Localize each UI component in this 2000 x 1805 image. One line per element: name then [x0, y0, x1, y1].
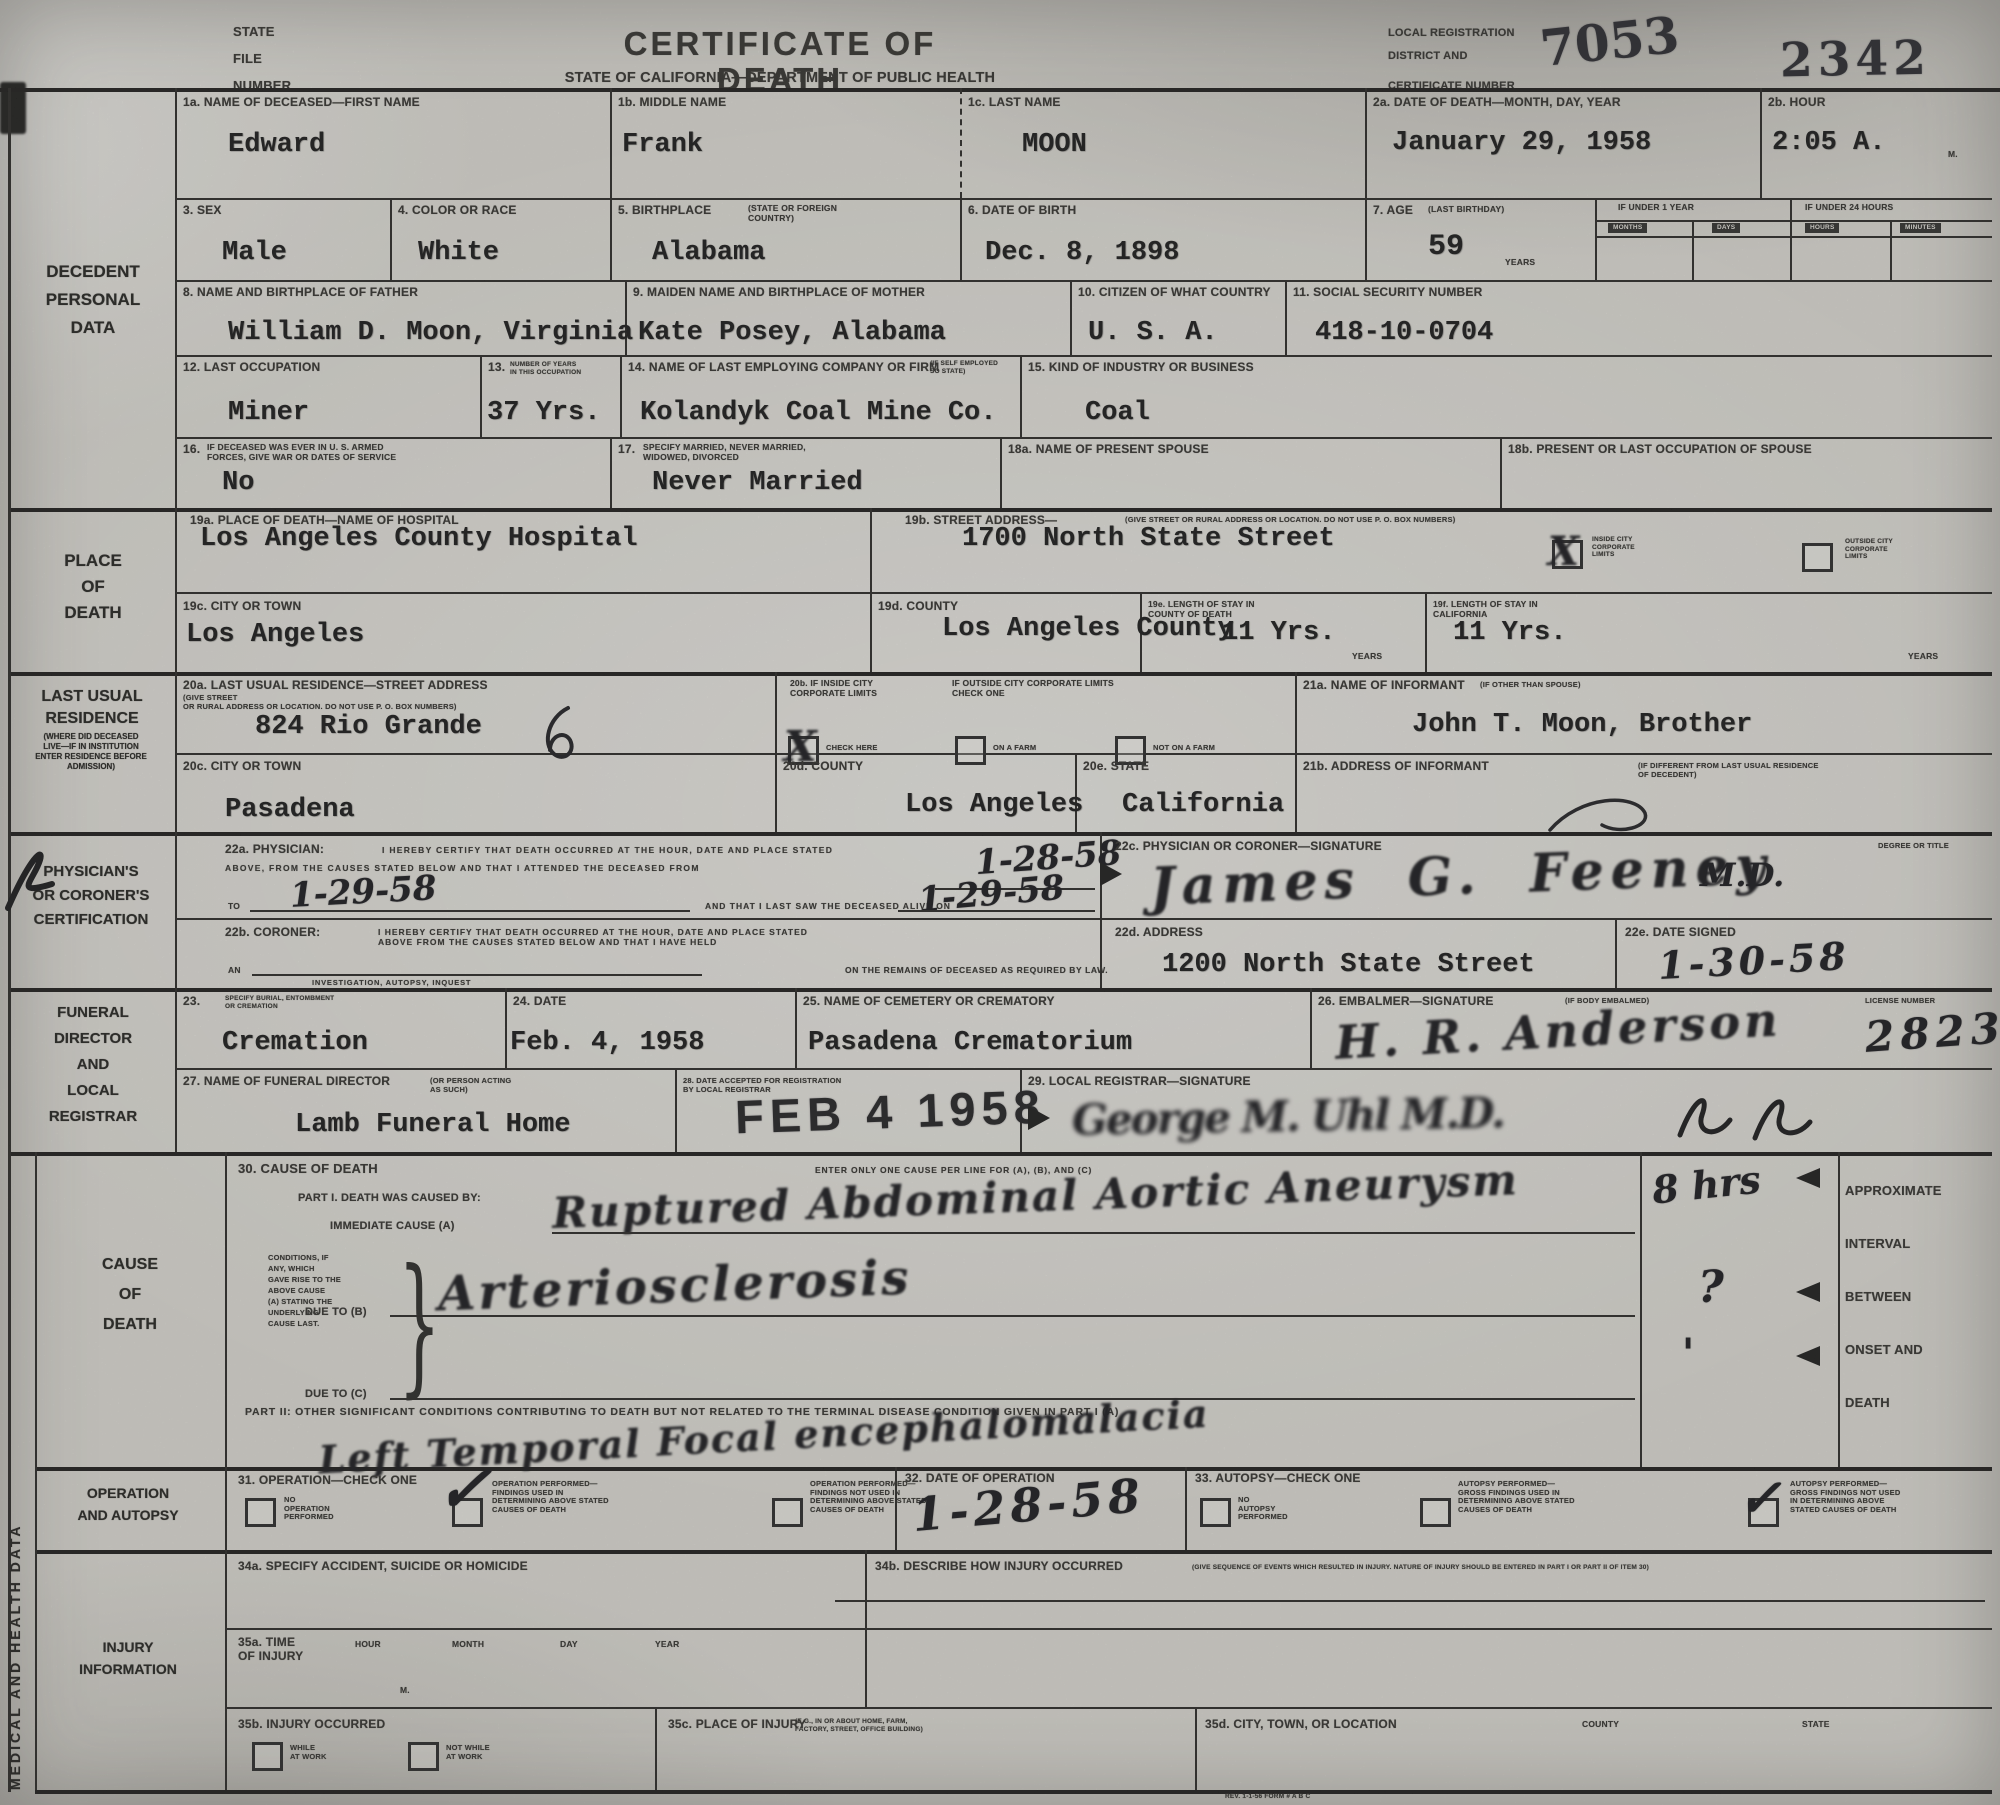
- certificate-number-stamp: 2342: [1780, 31, 1932, 89]
- marital-number: 17.: [618, 443, 635, 457]
- grid-line: [1890, 220, 1892, 280]
- employer-value: Kolandyk Coal Mine Co.: [640, 398, 996, 428]
- birthplace-value: Alabama: [652, 238, 765, 268]
- employer-label: 14. NAME OF LAST EMPLOYING COMPANY OR FI…: [628, 361, 939, 375]
- residence-city-label: 20c. CITY OR TOWN: [183, 760, 301, 774]
- fill-in-line: [552, 1232, 1635, 1234]
- section-funeral-director: FUNERAL DIRECTOR AND LOCAL REGISTRAR: [18, 1000, 168, 1130]
- no-operation-checkbox: [245, 1498, 276, 1527]
- time-day-label: DAY: [560, 1640, 578, 1650]
- last-name-label: 1c. LAST NAME: [968, 96, 1061, 110]
- section-operation-autopsy: OPERATION AND AUTOPSY: [38, 1482, 218, 1526]
- grid-line: [620, 355, 622, 437]
- residence-street-value: 824 Rio Grande: [255, 712, 482, 742]
- years-occupation-value: 37 Yrs.: [487, 398, 600, 428]
- embalmer-label: 26. EMBALMER—SIGNATURE: [1318, 995, 1494, 1009]
- autopsy-findings-not-used-caption: AUTOPSY PERFORMED— GROSS FINDINGS NOT US…: [1790, 1480, 1900, 1514]
- interval-b-value: ?: [1698, 1262, 1724, 1313]
- grid-line: [1070, 280, 1072, 355]
- injury-county-label: COUNTY: [1582, 1720, 1619, 1730]
- sex-value: Male: [222, 238, 287, 268]
- residence-check-here-caption: CHECK HERE: [826, 744, 878, 753]
- informant-sublabel: (IF OTHER THAN SPOUSE): [1480, 681, 1581, 690]
- arrow-left-icon: [1796, 1282, 1820, 1302]
- no-autopsy-caption: NO AUTOPSY PERFORMED: [1238, 1496, 1288, 1522]
- coroner-cert-text2: ON THE REMAINS OF DECEASED AS REQUIRED B…: [845, 966, 1108, 976]
- burial-value: Cremation: [222, 1028, 368, 1058]
- date-of-birth-label: 6. DATE OF BIRTH: [968, 204, 1076, 218]
- informant-label: 21a. NAME OF INFORMANT: [1303, 679, 1465, 693]
- on-farm-checkbox: [955, 736, 986, 765]
- grid-line: [870, 508, 872, 672]
- local-registrar-label: 29. LOCAL REGISTRAR—SIGNATURE: [1028, 1075, 1251, 1089]
- grid-line: [1838, 1152, 1840, 1467]
- grid-line: [1000, 437, 1002, 508]
- mother-value: Kate Posey, Alabama: [638, 318, 946, 348]
- grid-line: [1310, 988, 1312, 1068]
- handwritten-margin-scrawl: [0, 838, 60, 918]
- grid-line: [35, 1790, 1992, 1794]
- while-at-work-caption: WHILE AT WORK: [290, 1744, 327, 1761]
- due-to-c-label: DUE TO (C): [305, 1388, 367, 1402]
- grid-line: [175, 437, 1992, 439]
- spouse-name-label: 18a. NAME OF PRESENT SPOUSE: [1008, 443, 1209, 457]
- burial-date-label: 24. DATE: [513, 995, 566, 1009]
- grid-line: [675, 1068, 677, 1152]
- autopsy-findings-not-used-check-mark: ✓: [1734, 1468, 1793, 1529]
- informant-address-sublabel: (IF DIFFERENT FROM LAST USUAL RESIDENCE …: [1638, 762, 1819, 779]
- birthplace-sublabel: (STATE OR FOREIGN COUNTRY): [748, 204, 837, 223]
- grid-line: [8, 988, 1992, 992]
- residence-county-label: 20d. COUNTY: [783, 760, 863, 774]
- fill-in-line: [390, 1315, 1635, 1317]
- cause-of-death-label: 30. CAUSE OF DEATH: [238, 1162, 378, 1176]
- residence-city-value: Pasadena: [225, 795, 355, 825]
- armed-forces-sublabel: IF DECEASED WAS EVER IN U. S. ARMED FORC…: [207, 443, 396, 462]
- death-city-value: Los Angeles: [186, 620, 364, 650]
- grid-line: [175, 753, 1992, 755]
- grid-line: [175, 280, 1992, 282]
- stay-california-years-suffix: YEARS: [1908, 652, 1938, 662]
- physician-address-value: 1200 North State Street: [1162, 950, 1535, 980]
- age-label: 7. AGE: [1373, 204, 1413, 218]
- embalmer-license-value: 2823: [1863, 1003, 2000, 1062]
- grid-line: [1595, 198, 1597, 280]
- death-county-label: 19d. COUNTY: [878, 600, 958, 614]
- injury-occurred-label: 35b. INJURY OCCURRED: [238, 1718, 385, 1732]
- state-file-number-label: STATE FILE NUMBER: [233, 18, 291, 99]
- no-operation-caption: NO OPERATION PERFORMED: [284, 1496, 334, 1522]
- grid-line: [1760, 88, 1762, 198]
- father-label: 8. NAME AND BIRTHPLACE OF FATHER: [183, 286, 418, 300]
- physician-cert-text1: I HEREBY CERTIFY THAT DEATH OCCURRED AT …: [382, 846, 833, 856]
- place-of-injury-label: 35c. PLACE OF INJURY: [668, 1718, 806, 1732]
- last-name-value: MOON: [1022, 130, 1087, 160]
- under-1-year-label: IF UNDER 1 YEAR: [1618, 203, 1694, 213]
- race-value: White: [418, 238, 499, 268]
- informant-value: John T. Moon, Brother: [1412, 710, 1752, 740]
- industry-label: 15. KIND OF INDUSTRY OR BUSINESS: [1028, 361, 1254, 375]
- grid-line: [35, 1152, 37, 1790]
- armed-forces-value: No: [222, 468, 254, 498]
- autopsy-label: 33. AUTOPSY—CHECK ONE: [1195, 1472, 1361, 1486]
- coroner-cert-label: 22b. CORONER:: [225, 926, 320, 940]
- residence-county-value: Los Angeles: [905, 790, 1083, 820]
- degree-or-title-label: DEGREE OR TITLE: [1878, 842, 1949, 851]
- grid-line: [1185, 1467, 1187, 1550]
- grid-line: [225, 1707, 1992, 1709]
- grid-line: [610, 88, 612, 280]
- fill-in-line: [390, 1398, 1635, 1400]
- under-24-hours-minutes-label: MINUTES: [1900, 223, 1941, 233]
- physician-degree-value: M.D.: [1700, 856, 1784, 894]
- residence-state-label: 20e. STATE: [1083, 760, 1149, 774]
- grid-line: [175, 88, 177, 1152]
- accident-suicide-homicide-label: 34a. SPECIFY ACCIDENT, SUICIDE OR HOMICI…: [238, 1560, 528, 1574]
- attended-to-date: 1-29-58: [289, 868, 437, 916]
- not-while-at-work-caption: NOT WHILE AT WORK: [446, 1744, 490, 1761]
- due-to-b-value: Arteriosclerosis: [437, 1250, 912, 1322]
- grid-line: [1500, 437, 1502, 508]
- hour-label: 2b. HOUR: [1768, 96, 1826, 110]
- residence-street-label: 20a. LAST USUAL RESIDENCE—STREET ADDRESS: [183, 679, 488, 693]
- inside-city-x-mark: X: [1548, 528, 1578, 575]
- date-accepted-stamp: FEB 4 1958: [734, 1079, 1047, 1145]
- grid-line: [505, 988, 507, 1068]
- handwritten-flourish-mark: [1540, 785, 1660, 840]
- grid-line: [1425, 592, 1427, 672]
- grid-line: [175, 198, 1992, 200]
- not-while-at-work-checkbox: [408, 1742, 439, 1771]
- autopsy-findings-used-caption: AUTOPSY PERFORMED— GROSS FINDINGS USED I…: [1458, 1480, 1575, 1514]
- injury-city-label: 35d. CITY, TOWN, OR LOCATION: [1205, 1718, 1397, 1732]
- grid-line: [175, 1068, 1992, 1070]
- grid-line: [390, 198, 392, 280]
- time-year-label: YEAR: [655, 1640, 679, 1650]
- stay-county-label: 19e. LENGTH OF STAY IN COUNTY OF DEATH: [1148, 600, 1255, 619]
- funeral-director-value: Lamb Funeral Home: [295, 1110, 570, 1140]
- physician-cert-label: 22a. PHYSICIAN:: [225, 843, 324, 857]
- residence-inside-city-label: 20b. IF INSIDE CITY CORPORATE LIMITS: [790, 679, 877, 698]
- how-injury-occurred-sublabel: (GIVE SEQUENCE OF EVENTS WHICH RESULTED …: [1192, 1564, 1987, 1572]
- grid-line: [1365, 88, 1367, 280]
- marital-value: Never Married: [652, 468, 863, 498]
- date-of-death-label: 2a. DATE OF DEATH—MONTH, DAY, YEAR: [1373, 96, 1748, 110]
- grid-line: [960, 88, 962, 198]
- section-place-of-death: PLACE OF DEATH: [18, 548, 168, 626]
- burial-date-value: Feb. 4, 1958: [510, 1028, 704, 1058]
- date-signed-value: 1-30-58: [1657, 933, 1851, 988]
- grid-line: [8, 672, 1992, 676]
- physician-address-label: 22d. ADDRESS: [1115, 926, 1203, 940]
- license-number-label: LICENSE NUMBER: [1865, 997, 1935, 1006]
- conditions-brace: }: [398, 1238, 441, 1412]
- time-of-injury-label: 35a. TIME OF INJURY: [238, 1636, 303, 1663]
- outside-city-caption: OUTSIDE CITY CORPORATE LIMITS: [1845, 538, 1893, 561]
- outside-city-checkbox: [1802, 543, 1833, 572]
- interval-a-value: 8 hrs: [1650, 1156, 1763, 1212]
- grid-line: [1640, 1152, 1642, 1467]
- age-years-suffix: YEARS: [1505, 258, 1535, 268]
- cemetery-label: 25. NAME OF CEMETERY OR CREMATORY: [803, 995, 1055, 1009]
- grid-line: [35, 1550, 1992, 1554]
- grid-line: [1595, 236, 1992, 238]
- last-seen-alive-date: 1-29-58: [917, 868, 1066, 921]
- section-residence-note: (WHERE DID DECEASED LIVE—IF IN INSTITUTI…: [10, 732, 172, 772]
- age-value: 59: [1428, 230, 1464, 264]
- burial-number: 23.: [183, 995, 200, 1009]
- years-occupation-sublabel: NUMBER OF YEARS IN THIS OCCUPATION: [510, 361, 581, 376]
- no-autopsy-checkbox: [1200, 1498, 1231, 1527]
- first-name-label: 1a. NAME OF DECEASED—FIRST NAME: [183, 96, 420, 110]
- industry-value: Coal: [1085, 398, 1150, 428]
- district-number-stamp: 7053: [1537, 5, 1682, 78]
- under-24-hours-label: IF UNDER 24 HOURS: [1805, 203, 1893, 213]
- section-injury-information: INJURY INFORMATION: [48, 1636, 208, 1680]
- armed-forces-number: 16.: [183, 443, 200, 457]
- fill-in-line: [250, 910, 690, 912]
- grid-line: [175, 355, 1992, 357]
- grid-line: [1285, 280, 1287, 355]
- grid-line: [175, 918, 1992, 920]
- inside-city-caption: INSIDE CITY CORPORATE LIMITS: [1592, 536, 1635, 559]
- mother-label: 9. MAIDEN NAME AND BIRTHPLACE OF MOTHER: [633, 286, 925, 300]
- fill-in-line: [252, 974, 702, 976]
- informant-address-label: 21b. ADDRESS OF INFORMANT: [1303, 760, 1489, 774]
- grid-line: [1020, 355, 1022, 437]
- coroner-cert-text1: I HEREBY CERTIFY THAT DEATH OCCURRED AT …: [378, 928, 808, 947]
- grid-line: [8, 508, 1992, 512]
- grid-line: [795, 988, 797, 1068]
- death-city-label: 19c. CITY OR TOWN: [183, 600, 301, 614]
- time-m-label: M.: [400, 1686, 410, 1696]
- race-label: 4. COLOR OR RACE: [398, 204, 517, 218]
- operation-findings-not-used-checkbox: [772, 1498, 803, 1527]
- cemetery-value: Pasadena Crematorium: [808, 1028, 1132, 1058]
- due-to-b-label: DUE TO (B): [305, 1306, 367, 1320]
- employer-sublabel: (IF SELF EMPLOYED SO STATE): [930, 360, 998, 375]
- attended-to-label: TO: [228, 902, 240, 912]
- ssn-label: 11. SOCIAL SECURITY NUMBER: [1293, 286, 1482, 300]
- section-cause-of-death: CAUSE OF DEATH: [55, 1250, 205, 1340]
- handwritten-curl-mark: [520, 700, 590, 770]
- arrow-left-icon: [1796, 1168, 1820, 1188]
- arrow-right-icon: [1028, 1106, 1050, 1130]
- under-1-year-days-label: DAYS: [1712, 223, 1740, 233]
- interval-tick-mark: ': [1682, 1330, 1694, 1377]
- section-medical-health-data: MEDICAL AND HEALTH DATA: [7, 1170, 23, 1790]
- part1-label: PART I. DEATH WAS CAUSED BY:: [298, 1192, 481, 1206]
- grid-line: [8, 1152, 1992, 1156]
- residence-outside-label: IF OUTSIDE CITY CORPORATE LIMITS CHECK O…: [952, 679, 1114, 698]
- hospital-value: Los Angeles County Hospital: [200, 524, 637, 554]
- grid-line: [1595, 220, 1992, 222]
- grid-line: [865, 1550, 867, 1707]
- stay-county-value: 11 Yrs.: [1222, 618, 1335, 648]
- operation-label: 31. OPERATION—CHECK ONE: [238, 1474, 417, 1488]
- grid-line: [1295, 672, 1297, 832]
- how-injury-occurred-label: 34b. DESCRIBE HOW INJURY OCCURRED: [875, 1560, 1123, 1574]
- while-at-work-checkbox: [252, 1742, 283, 1771]
- first-name-value: Edward: [228, 130, 325, 160]
- grid-line: [1615, 918, 1617, 988]
- grid-line: [225, 1628, 1992, 1630]
- marital-sublabel: SPECIFY MARRIED, NEVER MARRIED, WIDOWED,…: [643, 443, 806, 462]
- grid-line: [610, 437, 612, 508]
- death-street-value: 1700 North State Street: [962, 524, 1335, 554]
- grid-line: [775, 672, 777, 832]
- place-of-injury-sublabel: (E.G., IN OR ABOUT HOME, FARM, FACTORY, …: [795, 1718, 923, 1733]
- grid-line: [1195, 1707, 1197, 1790]
- coroner-an-label: AN: [228, 966, 241, 976]
- registrar-signature: George M. Uhl M.D.: [1072, 1088, 1504, 1145]
- residence-state-value: California: [1122, 790, 1284, 820]
- autopsy-findings-used-checkbox: [1420, 1498, 1451, 1527]
- injury-state-label: STATE: [1802, 1720, 1830, 1730]
- grid-line: [1790, 198, 1792, 280]
- section-last-usual-residence: LAST USUAL RESIDENCE: [12, 686, 172, 730]
- form-revision-note: REV. 1-1-56 FORM # A B C: [1225, 1793, 1310, 1801]
- grid-line: [225, 1152, 227, 1790]
- years-occupation-number: 13.: [488, 361, 505, 375]
- hour-m-suffix: M.: [1948, 150, 1958, 160]
- grid-line: [175, 592, 1992, 594]
- under-24-hours-hours-label: HOURS: [1805, 223, 1839, 233]
- middle-name-label: 1b. MIDDLE NAME: [618, 96, 726, 110]
- hour-value: 2:05 A.: [1772, 128, 1885, 158]
- occupation-label: 12. LAST OCCUPATION: [183, 361, 320, 375]
- local-registration-label: LOCAL REGISTRATION DISTRICT AND: [1388, 22, 1515, 68]
- date-of-death-value: January 29, 1958: [1392, 128, 1651, 158]
- middle-name-value: Frank: [622, 130, 703, 160]
- citizen-value: U. S. A.: [1088, 318, 1218, 348]
- physician-cert-text2: ABOVE, FROM THE CAUSES STATED BELOW AND …: [225, 864, 700, 874]
- father-value: William D. Moon, Virginia: [228, 318, 633, 348]
- citizen-label: 10. CITIZEN OF WHAT COUNTRY: [1078, 286, 1271, 300]
- grid-line: [8, 832, 1992, 836]
- on-farm-caption: ON A FARM: [993, 744, 1036, 753]
- stay-california-value: 11 Yrs.: [1453, 618, 1566, 648]
- funeral-director-label: 27. NAME OF FUNERAL DIRECTOR: [183, 1075, 390, 1089]
- grid-line: [1692, 220, 1694, 280]
- interval-heading: APPROXIMATE INTERVAL BETWEEN ONSET AND D…: [1845, 1164, 1990, 1429]
- section-decedent-personal-data: DECEDENT PERSONAL DATA: [18, 258, 168, 342]
- coroner-investigation-sublabel: INVESTIGATION, AUTOPSY, INQUEST: [312, 979, 471, 988]
- under-1-year-months-label: MONTHS: [1608, 223, 1647, 233]
- arrow-left-icon: [1796, 1346, 1820, 1366]
- arrow-right-icon: [1100, 862, 1122, 886]
- date-of-birth-value: Dec. 8, 1898: [985, 238, 1179, 268]
- grid-line: [480, 355, 482, 437]
- certificate-subtitle: STATE OF CALIFORNIA—DEPARTMENT OF PUBLIC…: [520, 72, 1040, 86]
- time-hour-label: HOUR: [355, 1640, 381, 1650]
- age-sublabel: (LAST BIRTHDAY): [1428, 205, 1504, 215]
- grid-line: [960, 198, 962, 280]
- burial-sublabel: SPECIFY BURIAL, ENTOMBMENT OR CREMATION: [225, 995, 334, 1010]
- birthplace-label: 5. BIRTHPLACE: [618, 204, 711, 218]
- occupation-value: Miner: [228, 398, 309, 428]
- immediate-cause-label: IMMEDIATE CAUSE (A): [330, 1220, 455, 1234]
- stay-county-years-suffix: YEARS: [1352, 652, 1382, 662]
- date-signed-label: 22e. DATE SIGNED: [1625, 926, 1736, 940]
- death-certificate-scan: STATE FILE NUMBER CERTIFICATE OF DEATH S…: [0, 0, 2000, 1805]
- spouse-occupation-label: 18b. PRESENT OR LAST OCCUPATION OF SPOUS…: [1508, 443, 1812, 457]
- operation-findings-used-caption: OPERATION PERFORMED— FINDINGS USED IN DE…: [492, 1480, 609, 1514]
- sex-label: 3. SEX: [183, 204, 222, 218]
- ssn-value: 418-10-0704: [1315, 318, 1493, 348]
- fill-in-line: [898, 910, 1095, 912]
- registrar-scrawl-mark: [1660, 1080, 1840, 1150]
- stay-california-label: 19f. LENGTH OF STAY IN CALIFORNIA: [1433, 600, 1538, 619]
- not-on-farm-caption: NOT ON A FARM: [1153, 744, 1215, 753]
- grid-line: [0, 88, 2000, 92]
- fill-in-line: [835, 1600, 1985, 1602]
- time-month-label: MONTH: [452, 1640, 484, 1650]
- funeral-director-sublabel: (OR PERSON ACTING AS SUCH): [430, 1077, 511, 1094]
- grid-line: [655, 1707, 657, 1790]
